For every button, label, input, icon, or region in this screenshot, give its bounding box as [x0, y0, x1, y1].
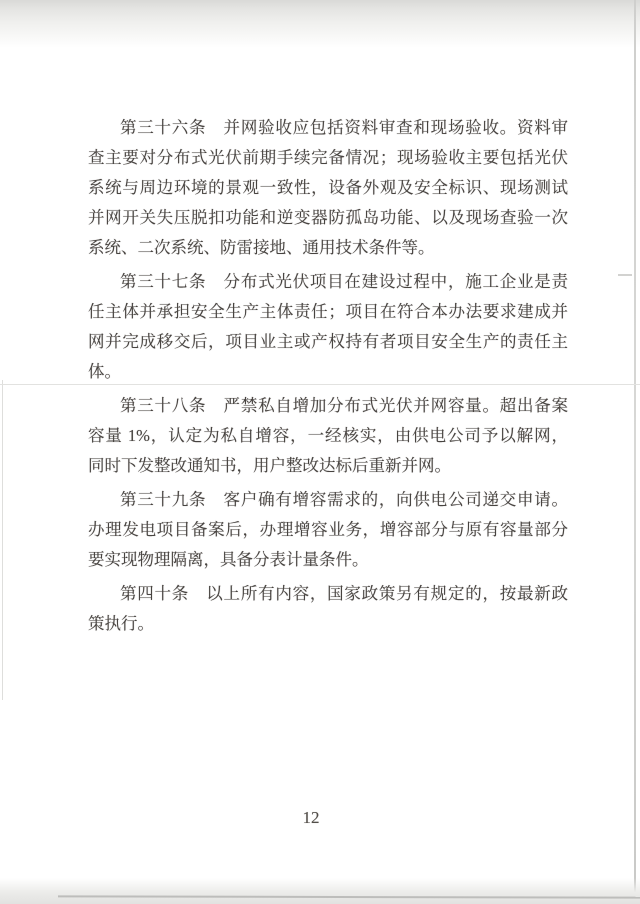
article-paragraph-36: 第三十六条 并网验收应包括资料审查和现场验收。资料审 查主要对分布式光伏前期手续… — [88, 113, 568, 263]
scan-right-edge-line — [634, 0, 636, 904]
text-line: 第三十七条 分布式光伏项目在建设过程中，施工企业是责 — [88, 267, 568, 297]
scan-right-tick-mark — [618, 274, 632, 276]
text-line: 第三十八条 严禁私自增加分布式光伏并网容量。超出备案 — [88, 391, 568, 421]
text-line: 查主要对分布式光伏前期手续完备情况；现场验收主要包括光伏 — [88, 143, 568, 173]
document-text-column: 第三十六条 并网验收应包括资料审查和现场验收。资料审 查主要对分布式光伏前期手续… — [88, 113, 568, 643]
text-line: 网并完成移交后，项目业主或产权持有者项目安全生产的责任主 — [88, 327, 568, 357]
article-paragraph-38: 第三十八条 严禁私自增加分布式光伏并网容量。超出备案 容量 1%，认定为私自增容… — [88, 391, 568, 481]
article-paragraph-37: 第三十七条 分布式光伏项目在建设过程中，施工企业是责 任主体并承担安全生产主体责… — [88, 267, 568, 387]
scan-bottom-shadow — [0, 878, 640, 904]
scan-bottom-edge-line — [58, 895, 640, 898]
text-line: 系统、二次系统、防雷接地、通用技术条件等。 — [88, 233, 568, 263]
scanned-document-page: { "page": { "number": "12" }, "colors": … — [0, 0, 640, 904]
text-line: 办理发电项目备案后，办理增容业务，增容部分与原有容量部分 — [88, 515, 568, 545]
text-line: 同时下发整改通知书，用户整改达标后重新并网。 — [88, 451, 568, 481]
text-line: 容量 1%，认定为私自增容，一经核实，由供电公司予以解网， — [88, 421, 568, 451]
text-line: 第四十条 以上所有内容，国家政策另有规定的，按最新政 — [88, 579, 568, 609]
text-line: 体。 — [88, 357, 568, 387]
text-line: 策执行。 — [88, 609, 568, 639]
scan-top-shadow — [0, 0, 640, 48]
article-paragraph-40: 第四十条 以上所有内容，国家政策另有规定的，按最新政 策执行。 — [88, 579, 568, 639]
scan-left-edge-line — [2, 380, 3, 700]
text-line: 系统与周边环境的景观一致性，设备外观及安全标识、现场测试 — [88, 173, 568, 203]
text-line: 第三十六条 并网验收应包括资料审查和现场验收。资料审 — [88, 113, 568, 143]
text-line: 要实现物理隔离，具备分表计量条件。 — [88, 545, 568, 575]
text-line: 并网开关失压脱扣功能和逆变器防孤岛功能、以及现场查验一次 — [88, 203, 568, 233]
text-line: 第三十九条 客户确有增容需求的，向供电公司递交申请。 — [88, 485, 568, 515]
text-line: 任主体并承担安全生产主体责任；项目在符合本办法要求建成并 — [88, 297, 568, 327]
article-paragraph-39: 第三十九条 客户确有增容需求的，向供电公司递交申请。 办理发电项目备案后，办理增… — [88, 485, 568, 575]
page-number: 12 — [0, 806, 622, 830]
